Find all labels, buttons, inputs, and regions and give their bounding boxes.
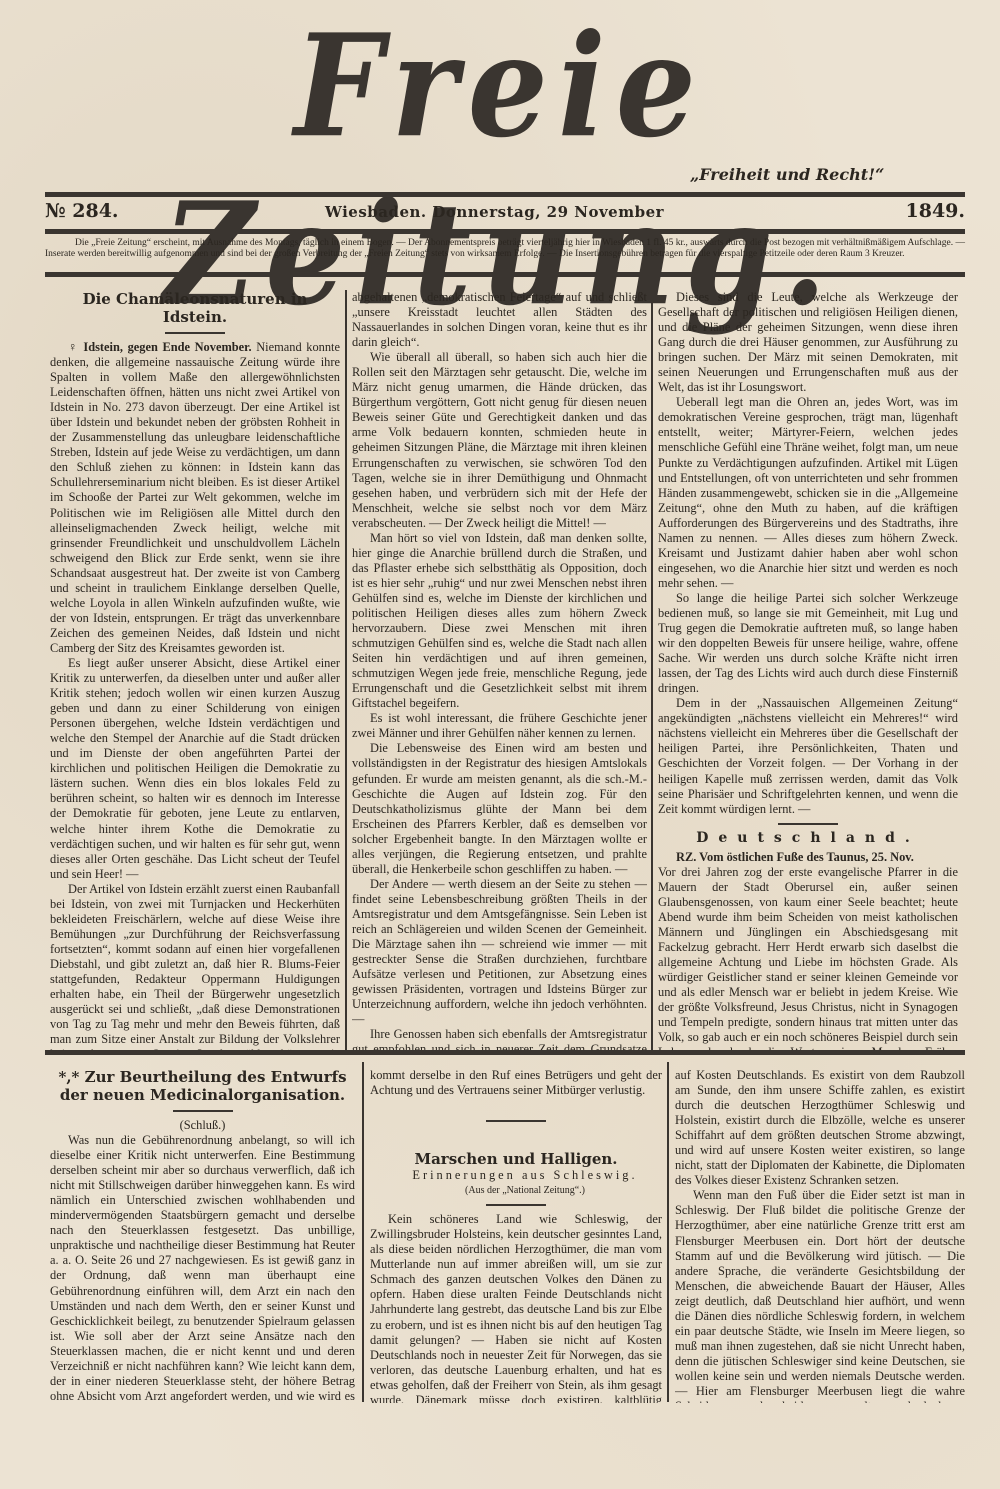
feuilleton2-paragraph: auf Kosten Deutschlands. Es existirt von… — [675, 1068, 965, 1188]
article-paragraph: Der Artikel von Idstein erzählt zuerst e… — [50, 882, 340, 1050]
masthead: Freie Zeitung. — [60, 20, 940, 170]
article-paragraph: Der Andere — werth diesem an der Seite z… — [352, 877, 647, 1027]
column-divider — [667, 1062, 669, 1402]
article-paragraph: Niemand konnte denken, die allgemeine na… — [50, 340, 340, 655]
column-divider — [651, 290, 653, 1050]
article-paragraph: Es ist wohl interessant, die frühere Ges… — [352, 711, 647, 741]
masthead-rule — [45, 192, 965, 197]
feuilleton2-subtitle: Erinnerungen aus Schleswig. — [370, 1168, 662, 1183]
short-rule — [778, 823, 838, 825]
feuilleton-headline: *,* Zur Beurtheilung des Entwurfs der ne… — [50, 1068, 355, 1104]
short-rule — [486, 1204, 546, 1206]
issue-number: № 284. — [45, 200, 119, 222]
newspaper-page: Freie Zeitung. „Freiheit und Recht!“ № 2… — [0, 0, 1000, 1489]
feuilleton-marker: *,* — [58, 1068, 79, 1086]
short-rule — [173, 1110, 233, 1112]
article-column-2: abgehaltenen „demokratischen Feiertage“ … — [352, 290, 647, 1050]
feuilleton-column-2: kommt derselbe in den Ruf eines Betrüger… — [370, 1068, 662, 1403]
article-dateline: ♀ Idstein, gegen Ende November. — [68, 340, 252, 354]
article-paragraph: Die Lebensweise des Einen wird am besten… — [352, 741, 647, 876]
feuilleton2-source: (Aus der „National Zeitung“.) — [370, 1183, 662, 1198]
article-paragraph: abgehaltenen „demokratischen Feiertage“ … — [352, 290, 647, 350]
feuilleton2-paragraph: Kein schöneres Land wie Schleswig, der Z… — [370, 1212, 662, 1403]
feuilleton2-headline: Marschen und Halligen. — [370, 1150, 662, 1168]
issue-line: № 284. Wiesbaden. Donnerstag, 29 Novembe… — [45, 200, 965, 228]
article-paragraph: Dieses sind die Leute, welche als Werkze… — [658, 290, 958, 395]
issue-year: 1849. — [906, 200, 966, 222]
article-column-3: Dieses sind die Leute, welche als Werkze… — [658, 290, 958, 1050]
masthead-motto: „Freiheit und Recht!“ — [690, 165, 950, 184]
feuilleton2-paragraph: Wenn man den Fuß über die Eider setzt is… — [675, 1188, 965, 1403]
news-paragraph: Vor drei Jahren zog der erste evangelisc… — [658, 865, 958, 1050]
article-column-1: Die Chamäleonsnaturen in Idstein. ♀ Idst… — [50, 290, 340, 1050]
short-rule — [486, 1120, 546, 1122]
column-divider — [362, 1062, 364, 1402]
feuilleton-rule — [45, 1050, 965, 1055]
article-paragraph: Dem in der „Nassauischen Allgemeinen Zei… — [658, 696, 958, 816]
feuilleton-subtitle: (Schluß.) — [50, 1118, 355, 1133]
issue-rule-bottom — [45, 272, 965, 277]
news-dateline: RZ. Vom östlichen Fuße des Taunus, 25. N… — [676, 850, 914, 864]
section-heading-deutschland: Deutschland. — [658, 831, 958, 846]
feuilleton-paragraph: Was nun die Gebührenordnung anbelangt, s… — [50, 1133, 355, 1403]
column-divider — [345, 290, 347, 1050]
article-paragraph: Es liegt außer unserer Absicht, diese Ar… — [50, 656, 340, 882]
short-rule — [165, 332, 225, 334]
feuilleton-column-1: *,* Zur Beurtheilung des Entwurfs der ne… — [50, 1068, 355, 1403]
feuilleton-column-3: auf Kosten Deutschlands. Es existirt von… — [675, 1068, 965, 1403]
article-paragraph: Man hört so viel von Idstein, daß man de… — [352, 531, 647, 712]
feuilleton-paragraph: kommt derselbe in den Ruf eines Betrüger… — [370, 1068, 662, 1098]
article-headline: Die Chamäleonsnaturen in Idstein. — [50, 290, 340, 326]
article-paragraph: Ihre Genossen haben sich ebenfalls der A… — [352, 1027, 647, 1050]
subscription-notice: Die „Freie Zeitung“ erscheint, mit Ausna… — [45, 238, 965, 260]
issue-rule-top — [45, 229, 965, 234]
article-paragraph: Wie überall all überall, so haben sich a… — [352, 350, 647, 531]
issue-place-date: Wiesbaden. Donnerstag, 29 November — [325, 203, 664, 221]
article-paragraph: Ueberall legt man die Ohren an, jedes Wo… — [658, 395, 958, 591]
article-paragraph: So lange die heilige Partei sich solcher… — [658, 591, 958, 696]
